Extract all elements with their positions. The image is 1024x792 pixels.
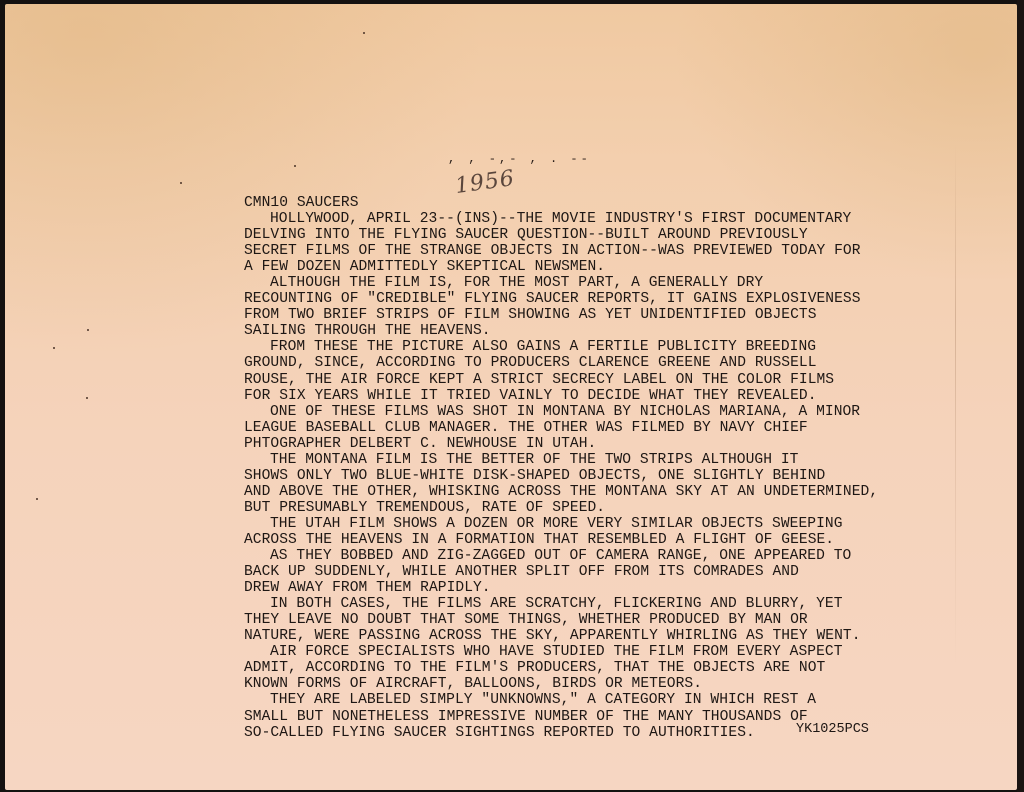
header-marks: , , -,- , . -- [448, 152, 591, 166]
paper-crease [955, 144, 956, 664]
article-line: PHTOGRAPHER DELBERT C. NEWHOUSE IN UTAH. [244, 436, 878, 452]
paper-speck [180, 182, 182, 184]
article-line: FROM TWO BRIEF STRIPS OF FILM SHOWING AS… [244, 307, 878, 323]
article-line: THEY LEAVE NO DOUBT THAT SOME THINGS, WH… [244, 612, 878, 628]
article-line: ADMIT, ACCORDING TO THE FILM'S PRODUCERS… [244, 660, 878, 676]
article-line: A FEW DOZEN ADMITTEDLY SKEPTICAL NEWSMEN… [244, 259, 878, 275]
article-line: FOR SIX YEARS WHILE IT TRIED VAINLY TO D… [244, 388, 878, 404]
paper-speck [363, 32, 365, 34]
article-line: NATURE, WERE PASSING ACROSS THE SKY, APP… [244, 628, 878, 644]
article-line: SHOWS ONLY TWO BLUE-WHITE DISK-SHAPED OB… [244, 468, 878, 484]
article-line: ACROSS THE HEAVENS IN A FORMATION THAT R… [244, 532, 878, 548]
article-line: GROUND, SINCE, ACCORDING TO PRODUCERS CL… [244, 355, 878, 371]
article-line: THE UTAH FILM SHOWS A DOZEN OR MORE VERY… [244, 516, 878, 532]
paper-speck [294, 165, 296, 167]
article-line: LEAGUE BASEBALL CLUB MANAGER. THE OTHER … [244, 420, 878, 436]
article-line: THEY ARE LABELED SIMPLY "UNKNOWNS," A CA… [244, 692, 878, 708]
article-line: SECRET FILMS OF THE STRANGE OBJECTS IN A… [244, 243, 878, 259]
article-line: ONE OF THESE FILMS WAS SHOT IN MONTANA B… [244, 404, 878, 420]
article-line: SAILING THROUGH THE HEAVENS. [244, 323, 878, 339]
article-line: DELVING INTO THE FLYING SAUCER QUESTION-… [244, 227, 878, 243]
paper-speck [86, 397, 88, 399]
story-slug: CMN10 SAUCERS [244, 195, 878, 211]
article-line: HOLLYWOOD, APRIL 23--(INS)--THE MOVIE IN… [244, 211, 878, 227]
article-line: AIR FORCE SPECIALISTS WHO HAVE STUDIED T… [244, 644, 878, 660]
article-line: ALTHOUGH THE FILM IS, FOR THE MOST PART,… [244, 275, 878, 291]
article-line: FROM THESE THE PICTURE ALSO GAINS A FERT… [244, 339, 878, 355]
article-line: ROUSE, THE AIR FORCE KEPT A STRICT SECRE… [244, 372, 878, 388]
paper-speck [87, 329, 89, 331]
article-line: BACK UP SUDDENLY, WHILE ANOTHER SPLIT OF… [244, 564, 878, 580]
article-line: SO-CALLED FLYING SAUCER SIGHTINGS REPORT… [244, 725, 878, 741]
article-line: THE MONTANA FILM IS THE BETTER OF THE TW… [244, 452, 878, 468]
article-line: DREW AWAY FROM THEM RAPIDLY. [244, 580, 878, 596]
paper-speck [53, 347, 55, 349]
article-line: SMALL BUT NONETHELESS IMPRESSIVE NUMBER … [244, 709, 878, 725]
article-line: AND ABOVE THE OTHER, WHISKING ACROSS THE… [244, 484, 878, 500]
typed-article-body: CMN10 SAUCERSHOLLYWOOD, APRIL 23--(INS)-… [244, 195, 878, 741]
article-line: BUT PRESUMABLY TREMENDOUS, RATE OF SPEED… [244, 500, 878, 516]
paper-speck [36, 498, 38, 500]
photo-edge-shadow [1017, 0, 1024, 792]
article-line: AS THEY BOBBED AND ZIG-ZAGGED OUT OF CAM… [244, 548, 878, 564]
article-line: RECOUNTING OF "CREDIBLE" FLYING SAUCER R… [244, 291, 878, 307]
article-line: KNOWN FORMS OF AIRCRAFT, BALLOONS, BIRDS… [244, 676, 878, 692]
transmission-code: YK1025PCS [796, 722, 869, 737]
article-line: IN BOTH CASES, THE FILMS ARE SCRATCHY, F… [244, 596, 878, 612]
